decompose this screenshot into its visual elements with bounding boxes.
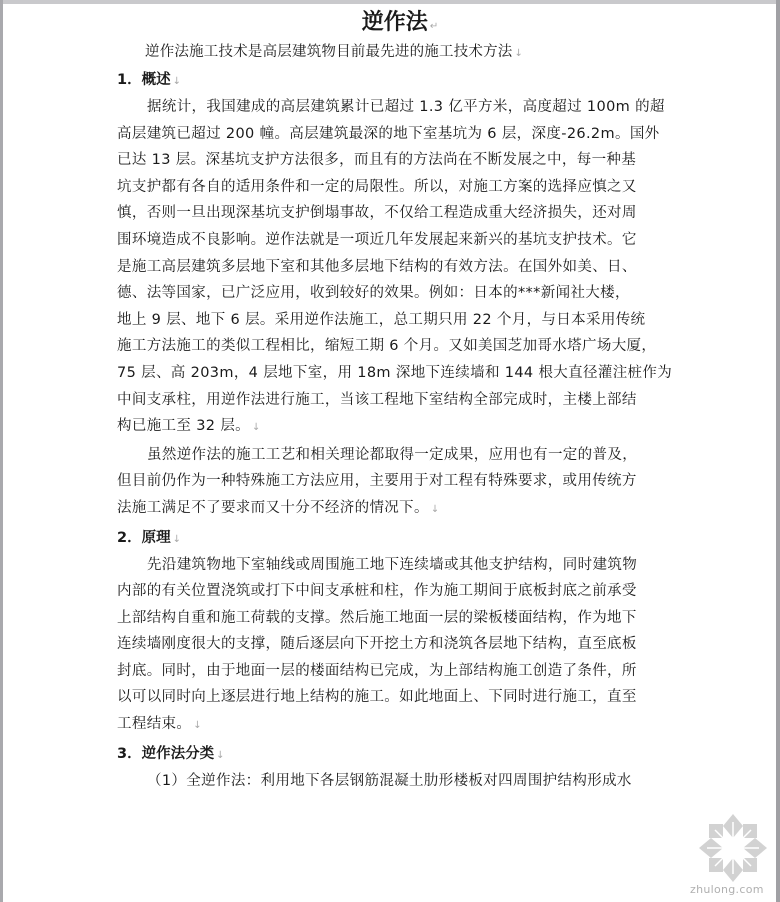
line-text: 但目前仍作为一种特殊施工方法应用，主要用于对工程有特殊要求，或用传统方 [117, 473, 637, 489]
line-text: 内部的有关位置浇筑或打下中间支承桩和柱，作为施工期间于底板封底之前承受 [117, 583, 637, 599]
line-text: 高层建筑已超过 200 幢。高层建筑最深的地下室基坑为 6 层，深度-26.2m… [117, 126, 660, 142]
paragraph-line: 地上 9 层、地下 6 层。采用逆作法施工，总工期只用 22 个月，与日本采用传… [117, 307, 663, 334]
paragraph-line: 先沿建筑物地下室轴线或周围施工地下连续墙或其他支护结构，同时建筑物 [117, 552, 663, 579]
paragraph-line: 据统计，我国建成的高层建筑累计已超过 1.3 亿平方米，高度超过 100m 的超 [117, 94, 663, 121]
paragraph: 先沿建筑物地下室轴线或周围施工地下连续墙或其他支护结构，同时建筑物内部的有关位置… [117, 552, 663, 740]
document-subtitle: 逆作法施工技术是高层建筑物目前最先进的施工技术方法↓ [117, 42, 663, 62]
paragraph-line: 是施工高层建筑多层地下室和其他多层地下结构的有效方法。在国外如美、日、 [117, 254, 663, 281]
line-text: 围环境造成不良影响。逆作法就是一项近几年发展起来新兴的基坑支护技术。它 [117, 232, 637, 248]
line-text: （1）全逆作法：利用地下各层钢筋混凝土肋形楼板对四周围护结构形成水 [147, 773, 632, 789]
line-text: 先沿建筑物地下室轴线或周围施工地下连续墙或其他支护结构，同时建筑物 [147, 557, 637, 573]
line-text: 法施工满足不了要求而又十分不经济的情况下。 [117, 500, 429, 516]
line-break-mark-icon: ↓ [173, 76, 181, 87]
line-text: 坑支护都有各自的适用条件和一定的局限性。所以，对施工方案的选择应慎之又 [117, 179, 637, 195]
section-heading: 3．逆作法分类↓ [117, 740, 663, 768]
watermark-text: zhulong.com [690, 883, 764, 896]
paragraph-line: 虽然逆作法的施工工艺和相关理论都取得一定成果，应用也有一定的普及， [117, 442, 663, 469]
line-text: 虽然逆作法的施工工艺和相关理论都取得一定成果，应用也有一定的普及， [147, 447, 637, 463]
line-text: 封底。同时，由于地面一层的楼面结构已完成，为上部结构施工创造了条件，所 [117, 663, 637, 679]
paragraph-line: 但目前仍作为一种特殊施工方法应用，主要用于对工程有特殊要求，或用传统方 [117, 468, 663, 495]
paragraph-line: 已达 13 层。深基坑支护方法很多，而且有的方法尚在不断发展之中，每一种基 [117, 147, 663, 174]
paragraph-line: （1）全逆作法：利用地下各层钢筋混凝土肋形楼板对四周围护结构形成水 [117, 768, 663, 795]
paragraph-line: 工程结束。↓ [117, 711, 663, 740]
paragraph-line: 围环境造成不良影响。逆作法就是一项近几年发展起来新兴的基坑支护技术。它 [117, 227, 663, 254]
line-text: 连续墙刚度很大的支撑，随后逐层向下开挖土方和浇筑各层地下结构，直至底板 [117, 636, 637, 652]
paragraph-line: 德、法等国家，已广泛应用，收到较好的效果。例如：日本的***新闻社大楼， [117, 280, 663, 307]
document-body: 1．概述↓据统计，我国建成的高层建筑累计已超过 1.3 亿平方米，高度超过 10… [117, 66, 663, 794]
section-heading: 2．原理↓ [117, 524, 663, 552]
line-text: 据统计，我国建成的高层建筑累计已超过 1.3 亿平方米，高度超过 100m 的超 [147, 99, 665, 115]
line-text: 施工方法施工的类似工程相比，缩短工期 6 个月。又如美国芝加哥水塔广场大厦， [117, 338, 656, 354]
subtitle-text: 逆作法施工技术是高层建筑物目前最先进的施工技术方法 [145, 44, 513, 60]
line-break-mark-icon: ↓ [216, 750, 224, 761]
paragraph-line: 中间支承柱，用逆作法进行施工，当该工程地下室结构全部完成时，主楼上部结 [117, 387, 663, 414]
paragraph-line: 封底。同时，由于地面一层的楼面结构已完成，为上部结构施工创造了条件，所 [117, 658, 663, 685]
paragraph-line: 内部的有关位置浇筑或打下中间支承桩和柱，作为施工期间于底板封底之前承受 [117, 578, 663, 605]
paragraph-line: 上部结构自重和施工荷载的支撑。然后施工地面一层的梁板楼面结构，作为地下 [117, 605, 663, 632]
document-page: 逆作法↵ 逆作法施工技术是高层建筑物目前最先进的施工技术方法↓ 1．概述↓据统计… [117, 8, 663, 794]
line-text: 已达 13 层。深基坑支护方法很多，而且有的方法尚在不断发展之中，每一种基 [117, 152, 636, 168]
paragraph: 虽然逆作法的施工工艺和相关理论都取得一定成果，应用也有一定的普及，但目前仍作为一… [117, 442, 663, 524]
document-title-text: 逆作法 [362, 10, 428, 35]
section-heading-text: 1．概述 [117, 72, 171, 88]
paragraph-mark-icon: ↵ [430, 21, 438, 32]
document-title: 逆作法↵ [117, 8, 663, 38]
line-text: 地上 9 层、地下 6 层。采用逆作法施工，总工期只用 22 个月，与日本采用传… [117, 312, 645, 328]
paragraph-line: 施工方法施工的类似工程相比，缩短工期 6 个月。又如美国芝加哥水塔广场大厦， [117, 333, 663, 360]
line-text: 是施工高层建筑多层地下室和其他多层地下结构的有效方法。在国外如美、日、 [117, 259, 637, 275]
window-left-border [0, 0, 3, 902]
line-break-mark-icon: ↓ [431, 504, 440, 515]
line-break-mark-icon: ↓ [193, 720, 202, 731]
paragraph-line: 坑支护都有各自的适用条件和一定的局限性。所以，对施工方案的选择应慎之又 [117, 174, 663, 201]
line-break-mark-icon: ↓ [515, 48, 524, 59]
line-break-mark-icon: ↓ [252, 422, 261, 433]
paragraph-line: 高层建筑已超过 200 幢。高层建筑最深的地下室基坑为 6 层，深度-26.2m… [117, 121, 663, 148]
paragraph-line: 75 层、高 203m，4 层地下室，用 18m 深地下连续墙和 144 根大直… [117, 360, 663, 387]
window-top-border [0, 0, 780, 4]
line-text: 德、法等国家，已广泛应用，收到较好的效果。例如：日本的***新闻社大楼， [117, 285, 630, 301]
line-text: 工程结束。 [117, 716, 191, 732]
zhulong-logo-icon [697, 800, 769, 896]
paragraph-line: 构已施工至 32 层。↓ [117, 413, 663, 442]
line-text: 上部结构自重和施工荷载的支撑。然后施工地面一层的梁板楼面结构，作为地下 [117, 610, 637, 626]
paragraph-line: 连续墙刚度很大的支撑，随后逐层向下开挖土方和浇筑各层地下结构，直至底板 [117, 631, 663, 658]
paragraph-line: 慎，否则一旦出现深基坑支护倒塌事故，不仅给工程造成重大经济损失，还对周 [117, 200, 663, 227]
line-text: 75 层、高 203m，4 层地下室，用 18m 深地下连续墙和 144 根大直… [117, 365, 672, 381]
line-break-mark-icon: ↓ [173, 534, 181, 545]
section-heading-text: 2．原理 [117, 530, 171, 546]
section-heading-text: 3．逆作法分类 [117, 746, 214, 762]
section-heading: 1．概述↓ [117, 66, 663, 94]
line-text: 慎，否则一旦出现深基坑支护倒塌事故，不仅给工程造成重大经济损失，还对周 [117, 205, 637, 221]
line-text: 中间支承柱，用逆作法进行施工，当该工程地下室结构全部完成时，主楼上部结 [117, 392, 637, 408]
paragraph-line: 以可以同时向上逐层进行地上结构的施工。如此地面上、下同时进行施工，直至 [117, 684, 663, 711]
line-text: 以可以同时向上逐层进行地上结构的施工。如此地面上、下同时进行施工，直至 [117, 689, 637, 705]
window-right-scroll-edge[interactable] [776, 0, 780, 902]
line-text: 构已施工至 32 层。 [117, 418, 250, 434]
paragraph: （1）全逆作法：利用地下各层钢筋混凝土肋形楼板对四周围护结构形成水 [117, 768, 663, 795]
paragraph: 据统计，我国建成的高层建筑累计已超过 1.3 亿平方米，高度超过 100m 的超… [117, 94, 663, 442]
paragraph-line: 法施工满足不了要求而又十分不经济的情况下。↓ [117, 495, 663, 524]
